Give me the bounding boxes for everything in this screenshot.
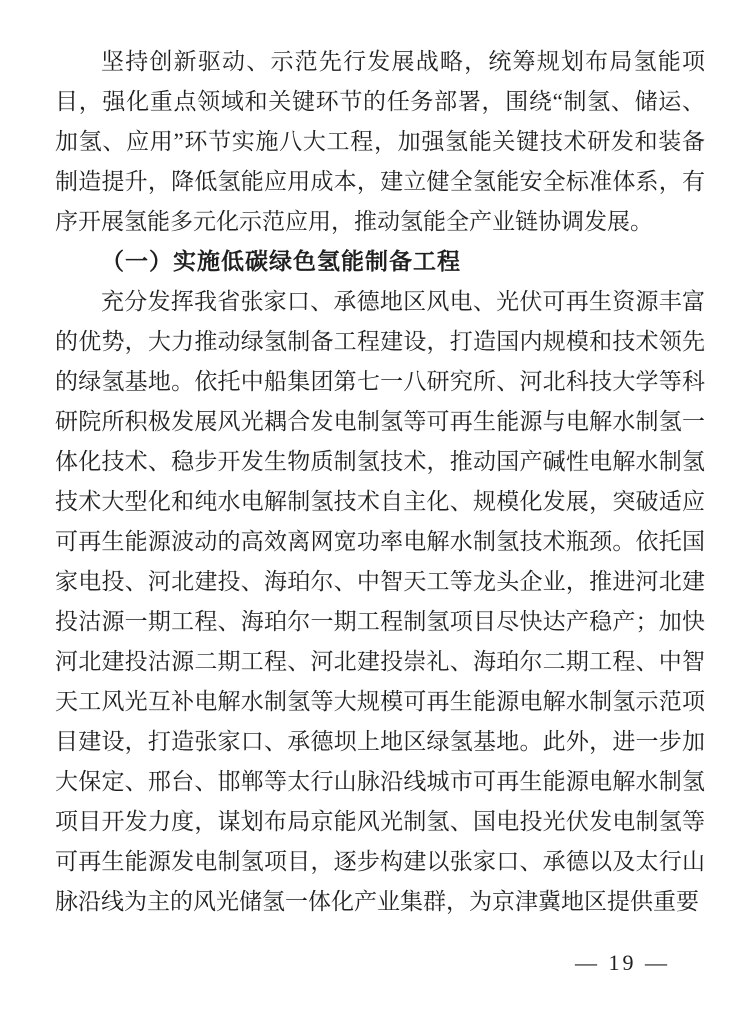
page-number: — 19 — bbox=[575, 950, 670, 976]
document-page: 坚持创新驱动、示范先行发展战略，统筹规划布局氢能项目，强化重点领域和关键环节的任… bbox=[0, 0, 732, 1035]
section-body-paragraph: 充分发挥我省张家口、承德地区风电、光伏可再生资源丰富的优势，大力推动绿氢制备工程… bbox=[55, 282, 705, 922]
section-heading: （一）实施低碳绿色氢能制备工程 bbox=[55, 242, 705, 282]
overview-paragraph: 坚持创新驱动、示范先行发展战略，统筹规划布局氢能项目，强化重点领域和关键环节的任… bbox=[55, 42, 705, 242]
document-body: 坚持创新驱动、示范先行发展战略，统筹规划布局氢能项目，强化重点领域和关键环节的任… bbox=[55, 42, 705, 922]
